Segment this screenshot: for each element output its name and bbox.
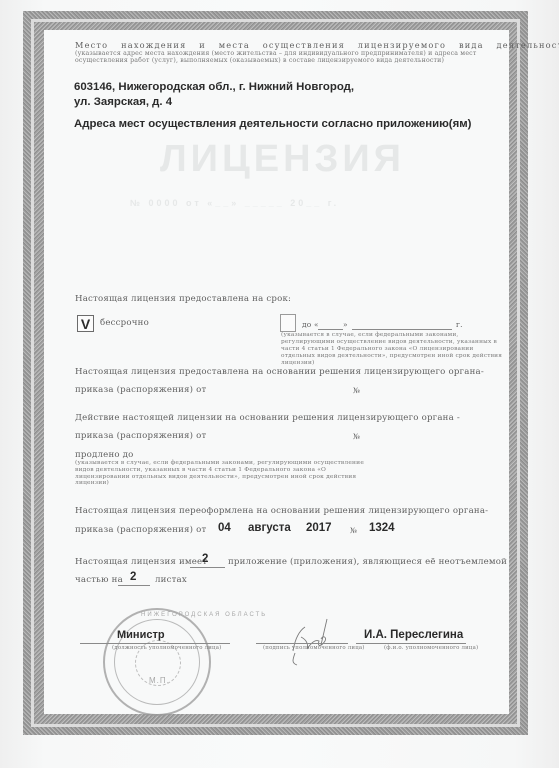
seal-ring-text: НИЖЕГОРОДСКАЯ ОБЛАСТЬ	[141, 612, 267, 618]
unlimited-label: бессрочно	[100, 318, 149, 328]
signatory-name: И.А. Переслегина	[364, 629, 463, 641]
check-mark: V	[81, 316, 90, 332]
reissued-month: августа	[248, 522, 291, 534]
reissued-year: 2017	[306, 522, 332, 534]
until-date-line	[352, 329, 452, 330]
extended-label: продлено до	[75, 450, 134, 460]
until-day-line	[318, 329, 343, 330]
address-line-2: ул. Заярская, д. 4	[74, 95, 172, 110]
name-caption: (ф.и.о. уполномоченного лица)	[384, 645, 478, 652]
reissued-number-label: №	[350, 526, 357, 535]
name-line	[356, 643, 466, 644]
appendices-text-after: приложение (приложения), являющиеся её н…	[228, 557, 507, 567]
unlimited-checkbox[interactable]: V	[77, 315, 94, 332]
until-prefix: до «	[302, 320, 319, 329]
show-through-title: ЛИЦЕНЗИЯ	[160, 138, 405, 181]
until-suffix: г.	[456, 320, 463, 329]
granted-basis-line1: Настоящая лицензия предоставлена на осно…	[75, 367, 484, 377]
term-label: Настоящая лицензия предоставлена на срок…	[75, 294, 291, 304]
activity-places: Адреса мест осуществления деятельности с…	[74, 118, 471, 130]
location-note: (указывается адрес места нахождения (мес…	[75, 50, 507, 65]
official-seal: НИЖЕГОРОДСКАЯ ОБЛАСТЬ М.П.	[103, 608, 211, 716]
reissued-basis-line2: приказа (распоряжения) от	[75, 525, 207, 535]
extended-basis-line2: приказа (распоряжения) от	[75, 431, 207, 441]
extended-note: (указывается в случае, если федеральными…	[75, 460, 375, 487]
reissued-number: 1324	[369, 522, 395, 534]
signature-line	[256, 643, 348, 644]
location-heading: Место нахождения и места осуществления л…	[75, 40, 559, 50]
signatory-position: Министр	[117, 629, 165, 641]
reissued-basis-line1: Настоящая лицензия переоформлена на осно…	[75, 506, 488, 516]
sheets-after: листах	[155, 575, 187, 585]
reissued-day: 04	[218, 522, 231, 534]
until-checkbox[interactable]	[280, 314, 296, 332]
extended-basis-line1: Действие настоящей лицензии на основании…	[75, 413, 460, 423]
until-mid: »	[343, 320, 348, 329]
position-line	[80, 643, 230, 644]
position-caption: (должность уполномоченного лица)	[112, 645, 221, 652]
until-note: (указывается в случае, если федеральными…	[281, 332, 507, 367]
seal-center-text: М.П.	[149, 676, 170, 685]
appendices-count: 2	[202, 553, 208, 565]
extended-number-label: №	[353, 432, 360, 441]
address-line-1: 603146, Нижегородская обл., г. Нижний Но…	[74, 80, 354, 95]
signature-caption: (подпись уполномоченного лица)	[263, 645, 365, 652]
handwritten-signature	[275, 617, 345, 667]
sheets-count-line	[118, 585, 150, 586]
appendices-text-before: Настоящая лицензия имеет	[75, 557, 207, 567]
granted-basis-line2: приказа (распоряжения) от	[75, 385, 207, 395]
show-through-line: № 0000 от «__» _____ 20__ г.	[130, 198, 339, 208]
appendices-count-line	[190, 567, 225, 568]
sheets-count: 2	[130, 571, 136, 583]
sheets-before: частью на	[75, 575, 123, 585]
granted-number-label: №	[353, 386, 360, 395]
